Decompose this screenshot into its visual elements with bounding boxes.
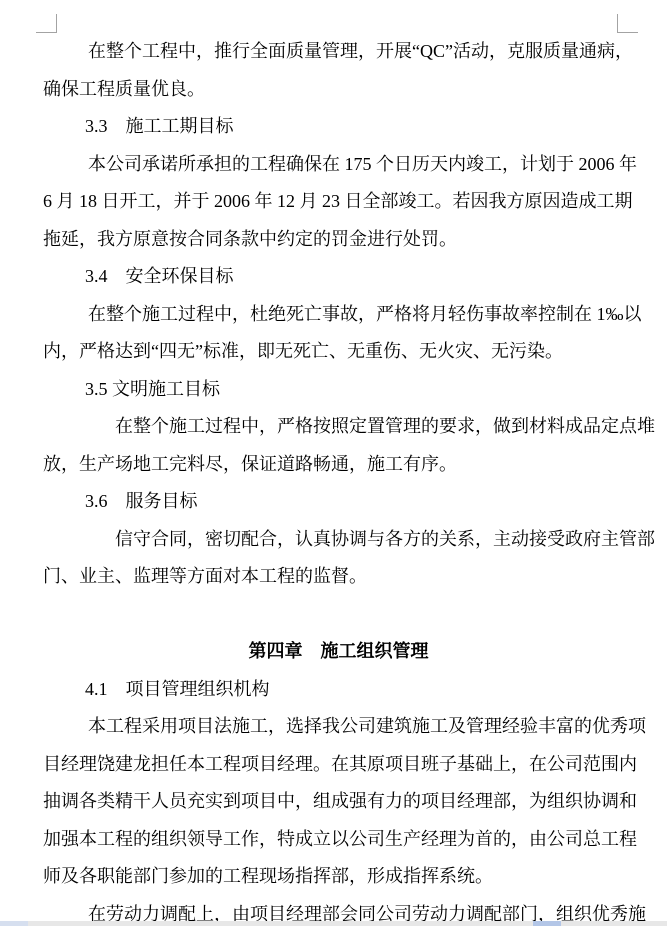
- document-line: 3.3 施工工期目标: [43, 108, 643, 146]
- margin-mark-top-right-icon: [617, 14, 638, 33]
- document-page[interactable]: 在整个工程中，推行全面质量管理，开展“QC”活动，克服质量通病，确保工程质量优良…: [0, 0, 667, 926]
- blank-line: [43, 596, 643, 634]
- document-line: 抽调各类精干人员充实到项目中，组成强有力的项目经理部，为组织协调和: [43, 783, 643, 821]
- document-line: 门、业主、监理等方面对本工程的监督。: [43, 558, 643, 596]
- document-line: 本公司承诺所承担的工程确保在 175 个日历天内竣工，计划于 2006 年: [43, 146, 643, 184]
- document-line: 放，生产场地工完料尽，保证道路畅通，施工有序。: [43, 446, 643, 484]
- document-line: 本工程采用项目法施工，选择我公司建筑施工及管理经验丰富的优秀项: [43, 708, 643, 746]
- document-line: 3.6 服务目标: [43, 483, 643, 521]
- document-line: 3.4 安全环保目标: [43, 258, 643, 296]
- bottom-edge-accent-segment: [533, 921, 561, 926]
- document-line: 6 月 18 日开工，并于 2006 年 12 月 23 日全部竣工。若因我方原…: [43, 183, 643, 221]
- document-line: 在整个施工过程中，严格按照定置管理的要求，做到材料成品定点堆: [43, 408, 643, 446]
- document-line: 加强本工程的组织领导工作，特成立以公司生产经理为首的，由公司总工程: [43, 821, 643, 859]
- document-line: 在整个施工过程中，杜绝死亡事故，严格将月轻伤事故率控制在 1‰以: [43, 296, 643, 334]
- document-line: 第四章 施工组织管理: [43, 633, 634, 671]
- bottom-window-edge: [0, 921, 667, 926]
- document-line: 信守合同，密切配合，认真协调与各方的关系，主动接受政府主管部: [43, 521, 643, 559]
- document-line: 师及各职能部门参加的工程现场指挥部，形成指挥系统。: [43, 858, 643, 896]
- document-content: 在整个工程中，推行全面质量管理，开展“QC”活动，克服质量通病，确保工程质量优良…: [43, 33, 643, 926]
- document-line: 4.1 项目管理组织机构: [43, 671, 643, 709]
- document-line: 拖延，我方原意按合同条款中约定的罚金进行处罚。: [43, 221, 643, 259]
- margin-mark-top-left-icon: [36, 14, 57, 33]
- document-line: 3.5 文明施工目标: [43, 371, 643, 409]
- document-line: 内，严格达到“四无”标准，即无死亡、无重伤、无火灾、无污染。: [43, 333, 643, 371]
- bottom-edge-left-segment: [0, 921, 28, 926]
- document-line: 确保工程质量优良。: [43, 71, 643, 109]
- document-line: 在整个工程中，推行全面质量管理，开展“QC”活动，克服质量通病，: [43, 33, 643, 71]
- document-line: 目经理饶建龙担任本工程项目经理。在其原项目班子基础上，在公司范围内: [43, 746, 643, 784]
